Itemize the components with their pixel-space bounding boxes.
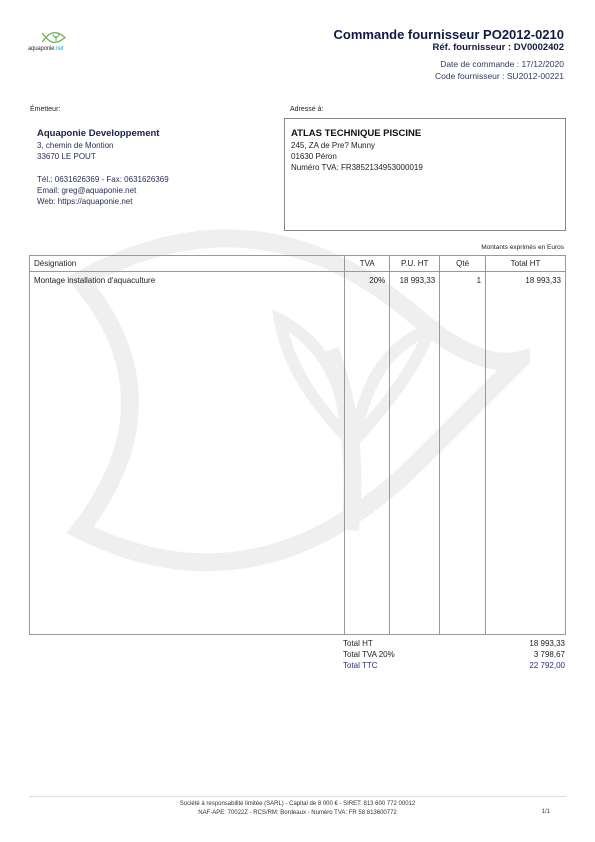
page-number: 1/1 bbox=[542, 809, 550, 815]
emitter-block: Aquaponie Developpement 3, chemin de Mon… bbox=[37, 128, 169, 207]
emitter-label: Émetteur: bbox=[30, 106, 60, 113]
col-total-ht: Total HT bbox=[486, 256, 566, 272]
currency-note: Montants exprimés en Euros bbox=[481, 244, 564, 251]
logo-text: aquaponie.net bbox=[28, 46, 63, 52]
footer-legal: Société à responsabilité limitée (SARL) … bbox=[100, 800, 495, 818]
emitter-address-line2: 33670 LE POUT bbox=[37, 151, 169, 162]
recipient-address-line1: 245, ZA de Pre? Munny bbox=[291, 140, 423, 151]
cell-tva: 20% bbox=[345, 272, 390, 289]
total-tva-label: Total TVA 20% bbox=[343, 649, 395, 660]
cell-unit-price: 18 993,33 bbox=[390, 272, 440, 289]
emitter-address-line1: 3, chemin de Montion bbox=[37, 140, 169, 151]
total-ht-row: Total HT 18 993,33 bbox=[343, 638, 565, 649]
total-ht-value: 18 993,33 bbox=[529, 638, 565, 649]
logo-text-suffix: .net bbox=[54, 46, 63, 52]
recipient-name: ATLAS TECHNIQUE PISCINE bbox=[291, 128, 423, 140]
footer-divider bbox=[29, 796, 566, 797]
total-tva-value: 3 798,67 bbox=[534, 649, 565, 660]
recipient-label: Adressé à: bbox=[290, 106, 323, 113]
col-unit-price: P.U. HT bbox=[390, 256, 440, 272]
total-ttc-label: Total TTC bbox=[343, 660, 378, 671]
cell-designation: Montage installation d'aquaculture bbox=[30, 272, 345, 289]
supplier-reference: Réf. fournisseur : DV0002402 bbox=[433, 42, 564, 53]
document-title: Commande fournisseur PO2012-0210 bbox=[334, 27, 564, 42]
total-tva-row: Total TVA 20% 3 798,67 bbox=[343, 649, 565, 660]
company-logo: aquaponie.net bbox=[28, 30, 88, 56]
cell-quantity: 1 bbox=[440, 272, 486, 289]
emitter-phone-fax: Tél.: 0631626369 - Fax: 0631626369 bbox=[37, 174, 169, 185]
recipient-address-line2: 01630 Péron bbox=[291, 151, 423, 162]
fish-leaf-logo-icon bbox=[42, 30, 66, 45]
order-date: Date de commande : 17/12/2020 bbox=[440, 59, 564, 69]
total-ttc-value: 22 792,00 bbox=[529, 660, 565, 671]
col-designation: Désignation bbox=[30, 256, 345, 272]
totals-block: Total HT 18 993,33 Total TVA 20% 3 798,6… bbox=[343, 638, 565, 671]
supplier-code: Code fournisseur : SU2012-00221 bbox=[435, 71, 564, 81]
footer-line2: NAF-APE: 70022Z - RCS/RM: Bordeaux - Num… bbox=[100, 809, 495, 818]
total-ttc-row: Total TTC 22 792,00 bbox=[343, 660, 565, 671]
footer-line1: Société à responsabilité limitée (SARL) … bbox=[100, 800, 495, 809]
order-lines-table: Désignation TVA P.U. HT Qté Total HT Mon… bbox=[29, 255, 566, 635]
cell-total-ht: 18 993,33 bbox=[486, 272, 566, 289]
col-tva: TVA bbox=[345, 256, 390, 272]
emitter-name: Aquaponie Developpement bbox=[37, 128, 169, 140]
col-quantity: Qté bbox=[440, 256, 486, 272]
recipient-vat: Numéro TVA: FR3852134953000019 bbox=[291, 162, 423, 173]
table-filler-row bbox=[30, 288, 566, 635]
emitter-web: Web: https://aquaponie.net bbox=[37, 196, 169, 207]
emitter-email: Email: greg@aquaponie.net bbox=[37, 185, 169, 196]
table-row: Montage installation d'aquaculture 20% 1… bbox=[30, 272, 566, 289]
recipient-block: ATLAS TECHNIQUE PISCINE 245, ZA de Pre? … bbox=[291, 128, 423, 173]
table-header-row: Désignation TVA P.U. HT Qté Total HT bbox=[30, 256, 566, 272]
total-ht-label: Total HT bbox=[343, 638, 373, 649]
logo-text-main: aquaponie bbox=[28, 46, 54, 52]
